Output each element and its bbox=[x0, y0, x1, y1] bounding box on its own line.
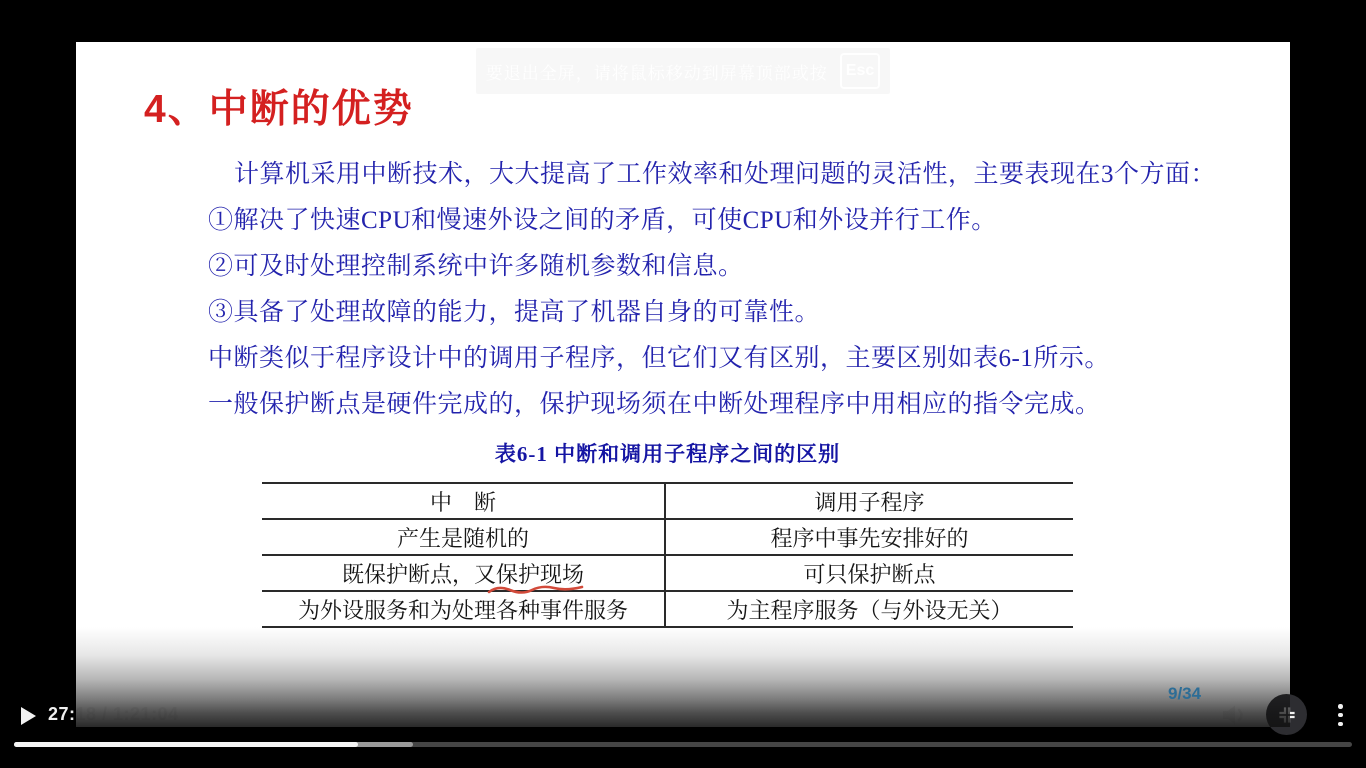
slide-paragraph: ①解决了快速CPU和慢速外设之间的矛盾，可使CPU和外设并行工作。 bbox=[208, 198, 1216, 244]
table-cell-subroutine: 为主程序服务（与外设无关） bbox=[665, 591, 1073, 627]
slide-paragraph: 计算机采用中断技术，大大提高了工作效率和处理问题的灵活性，主要表现在3个方面： bbox=[208, 152, 1216, 198]
table-cell-subroutine: 可只保护断点 bbox=[665, 555, 1073, 591]
slide-paragraphs: 计算机采用中断技术，大大提高了工作效率和处理问题的灵活性，主要表现在3个方面：①… bbox=[208, 152, 1216, 428]
kebab-dot bbox=[1338, 713, 1343, 718]
table-header-row: 中 断调用子程序 bbox=[262, 483, 1073, 519]
table-row: 既保护断点，又保护现场 可只保护断点 bbox=[262, 555, 1073, 591]
progress-bar[interactable] bbox=[14, 742, 1352, 747]
fullscreen-toast: 要退出全屏，请将鼠标移动到屏幕顶部或按 Esc bbox=[476, 48, 890, 94]
slide-paragraph: ③具备了处理故障的能力，提高了机器自身的可靠性。 bbox=[208, 290, 1216, 336]
page-indicator: 9/34 bbox=[1168, 684, 1201, 704]
slide-paragraph: ②可及时处理控制系统中许多随机参数和信息。 bbox=[208, 244, 1216, 290]
toast-message: 要退出全屏，请将鼠标移动到屏幕顶部或按 bbox=[486, 59, 828, 84]
kebab-dot bbox=[1338, 722, 1343, 727]
table-body: 产生是随机的 程序中事先安排好的 既保护断点，又保护现场 可只保护断点 为外设服… bbox=[262, 519, 1073, 627]
esc-key-badge: Esc bbox=[840, 53, 880, 89]
table-cell-subroutine: 程序中事先安排好的 bbox=[665, 519, 1073, 555]
slide-paragraph: 一般保护断点是硬件完成的，保护现场须在中断处理程序中用相应的指令完成。 bbox=[208, 382, 1216, 428]
table-header-cell: 调用子程序 bbox=[665, 483, 1073, 519]
table-row: 产生是随机的 程序中事先安排好的 bbox=[262, 519, 1073, 555]
red-underline-annotation bbox=[486, 582, 586, 596]
video-bottom-scrim bbox=[76, 627, 1290, 727]
table-cell-interrupt: 产生是随机的 bbox=[262, 519, 665, 555]
progress-played bbox=[14, 742, 358, 747]
video-frame[interactable]: 要退出全屏，请将鼠标移动到屏幕顶部或按 Esc 4、中断的优势 计算机采用中断技… bbox=[76, 42, 1290, 727]
table-header-cell: 中 断 bbox=[262, 483, 665, 519]
play-button[interactable] bbox=[21, 707, 36, 725]
slide-paragraph: 中断类似于程序设计中的调用子程序，但它们又有区别，主要区别如表6-1所示。 bbox=[208, 336, 1216, 382]
slide-title: 4、中断的优势 bbox=[144, 78, 414, 134]
video-player: 要退出全屏，请将鼠标移动到屏幕顶部或按 Esc 4、中断的优势 计算机采用中断技… bbox=[0, 0, 1366, 768]
kebab-dot bbox=[1338, 704, 1343, 709]
table-cell-interrupt: 为外设服务和为处理各种事件服务 bbox=[262, 591, 665, 627]
comparison-table: 中 断调用子程序 产生是随机的 程序中事先安排好的 既保护断点，又保护现场 可只… bbox=[262, 482, 1073, 628]
table-caption: 表6-1 中断和调用子程序之间的区别 bbox=[262, 438, 1073, 468]
table-row: 为外设服务和为处理各种事件服务 为主程序服务（与外设无关） bbox=[262, 591, 1073, 627]
more-options-button[interactable] bbox=[1338, 704, 1343, 726]
table-cell-interrupt: 既保护断点，又保护现场 bbox=[262, 555, 665, 591]
